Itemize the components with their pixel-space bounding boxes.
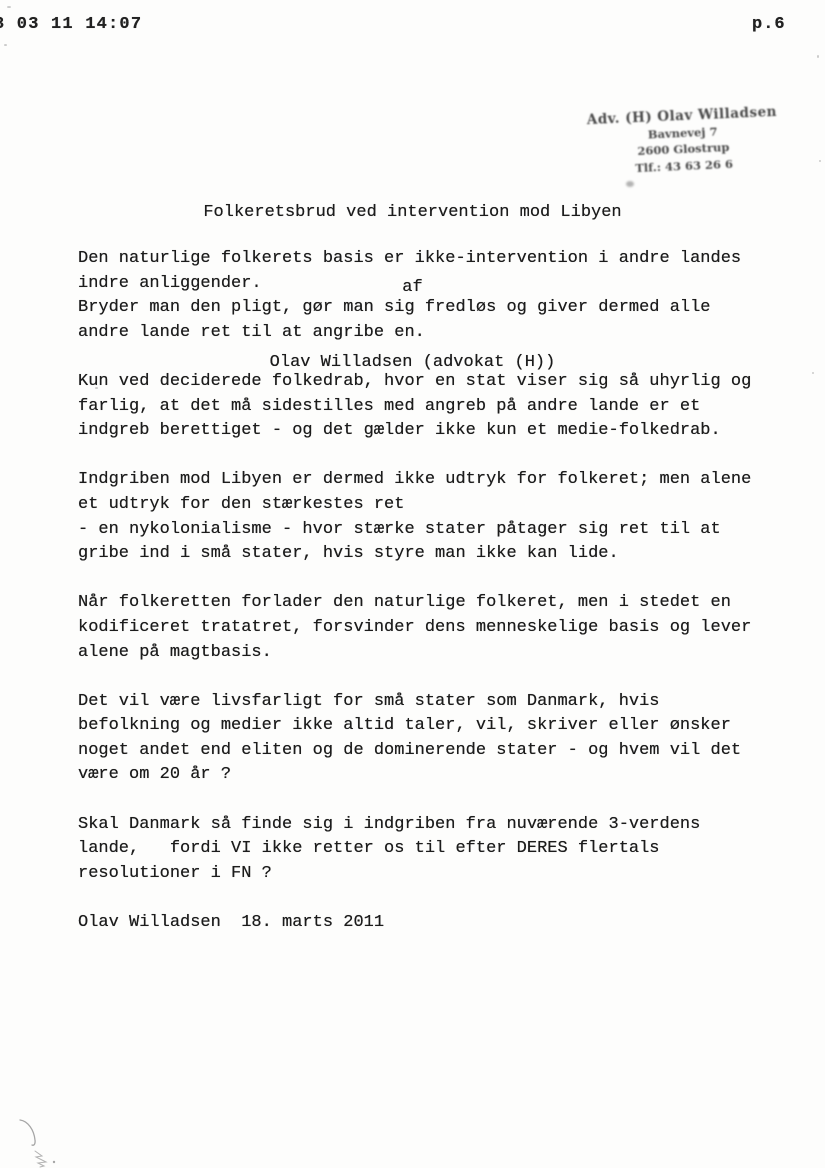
scan-speck xyxy=(817,55,819,58)
scan-speck xyxy=(95,387,98,389)
fax-page-number: p.6 xyxy=(752,15,786,34)
paragraph-2: Kun ved deciderede folkedrab, hvor en st… xyxy=(78,370,778,444)
paragraph-5: Det vil være livsfarligt for små stater … xyxy=(78,690,778,788)
paragraph-4: Når folkeretten forlader den naturlige f… xyxy=(78,591,778,665)
pen-squiggle-icon xyxy=(8,1106,88,1168)
signature-line: Olav Willadsen 18. marts 2011 xyxy=(78,911,778,936)
letter-body: Den naturlige folkerets basis er ikke-in… xyxy=(78,247,778,960)
document-title: Folkeretsbrud ved intervention mod Libye… xyxy=(0,200,825,225)
paragraph-6: Skal Danmark så finde sig i indgriben fr… xyxy=(78,813,778,887)
scan-speck xyxy=(819,160,821,162)
fax-timestamp: 8 03 11 14:07 xyxy=(0,15,142,34)
scanned-fax-document-page: 8 03 11 14:07 p.6 Adv. (H) Olav Willadse… xyxy=(0,0,825,1168)
scan-speck xyxy=(812,372,814,374)
paragraph-1: Den naturlige folkerets basis er ikke-in… xyxy=(78,247,778,345)
paragraph-3: Indgriben mod Libyen er dermed ikke udtr… xyxy=(78,468,778,566)
scan-speck xyxy=(7,6,11,8)
stamp-smudge xyxy=(626,181,634,187)
scan-speck xyxy=(4,44,7,46)
